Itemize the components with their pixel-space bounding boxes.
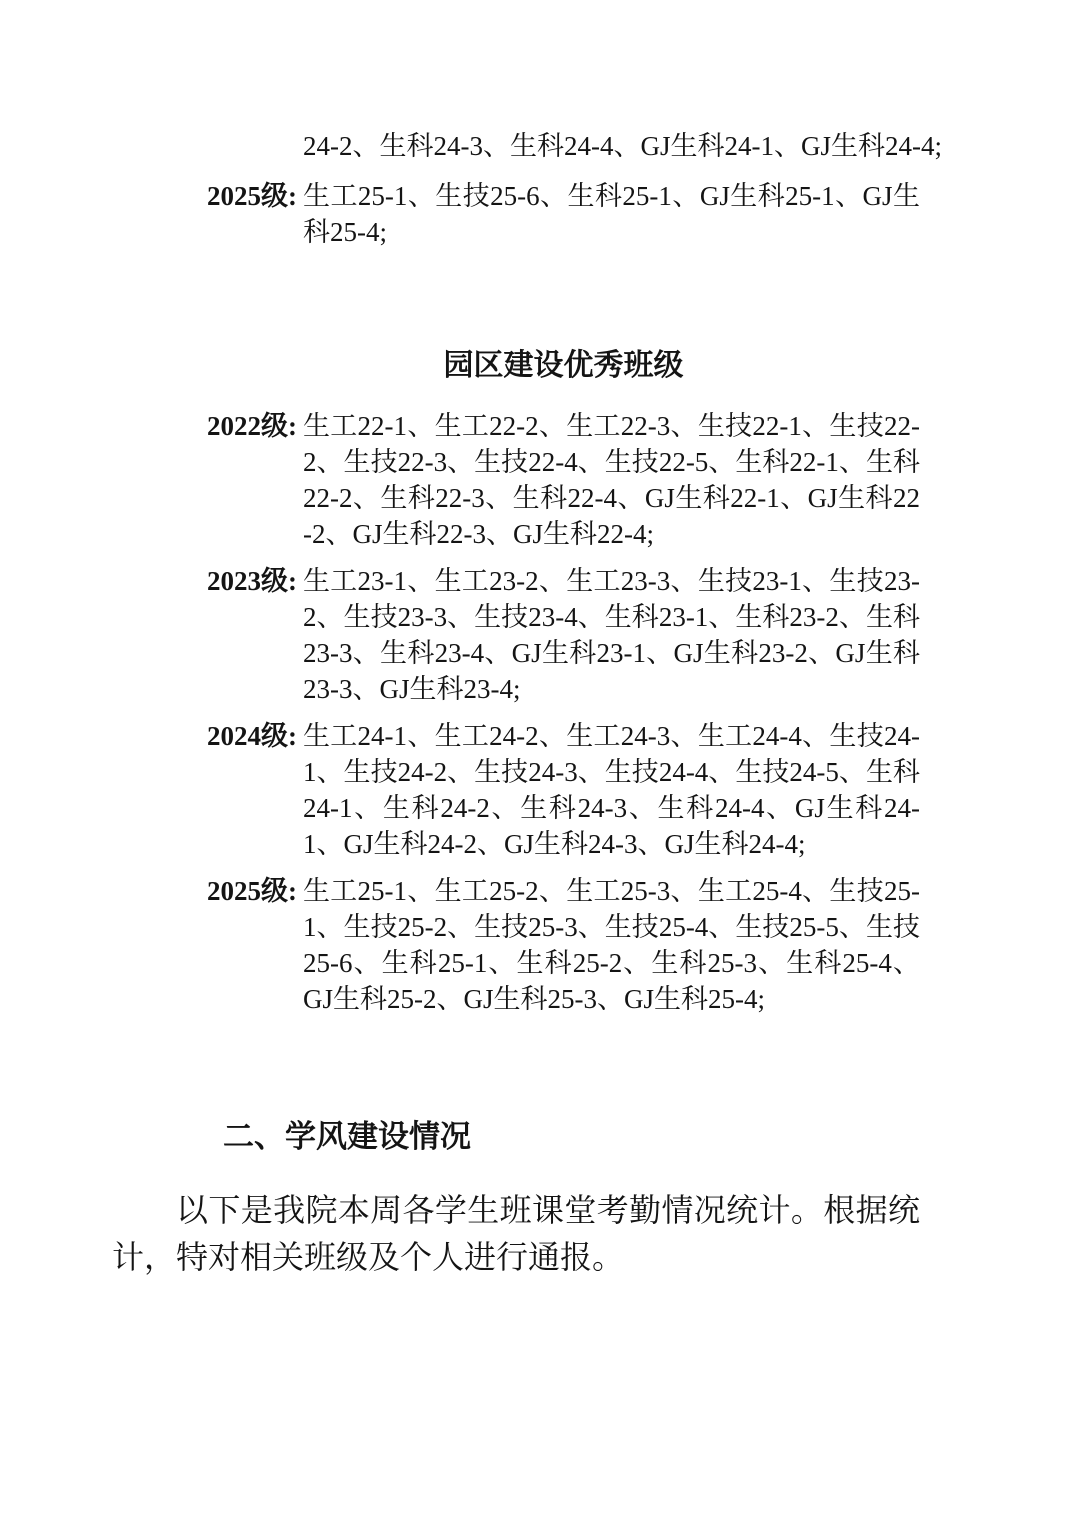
grade-classes: 生工25-1、生技25-6、生科25-1、GJ生科25-1、GJ生科25-4; — [303, 181, 920, 247]
grade-label: 2025级: — [207, 178, 297, 214]
grade-label: 2025级: — [207, 873, 297, 909]
award-section-title: 园区建设优秀班级 — [207, 346, 920, 386]
award-class-list: 2022级: 生工22-1、生工22-2、生工22-3、生技22-1、生技22-… — [207, 408, 920, 1017]
grade-item: 2022级: 生工22-1、生工22-2、生工22-3、生技22-1、生技22-… — [207, 408, 920, 552]
grade-label: 2023级: — [207, 563, 297, 599]
section-heading: 二、学风建设情况 — [223, 1115, 920, 1159]
grade-classes: 生工24-1、生工24-2、生工24-3、生工24-4、生技24-1、生技24-… — [303, 721, 920, 859]
grade-item: 2023级: 生工23-1、生工23-2、生工23-3、生技23-1、生技23-… — [207, 563, 920, 707]
class-list-tail-line: 24-2、生科24-3、生科24-4、GJ生科24-1、GJ生科24-4; — [207, 128, 920, 164]
grade-classes: 生工22-1、生工22-2、生工22-3、生技22-1、生技22-2、生技22-… — [303, 411, 920, 549]
grade-label: 2024级: — [207, 718, 297, 754]
grade-item: 2025级: 生工25-1、生工25-2、生工25-3、生工25-4、生技25-… — [207, 873, 920, 1017]
document-page: 24-2、生科24-3、生科24-4、GJ生科24-1、GJ生科24-4; 20… — [0, 0, 1074, 1520]
grade-item: 2025级: 生工25-1、生技25-6、生科25-1、GJ生科25-1、GJ生… — [207, 178, 920, 250]
grade-item: 2024级: 生工24-1、生工24-2、生工24-3、生工24-4、生技24-… — [207, 718, 920, 862]
body-paragraph: 以下是我院本周各学生班课堂考勤情况统计。根据统计，特对相关班级及个人进行通报。 — [112, 1187, 920, 1281]
grade-label: 2022级: — [207, 408, 297, 444]
grade-classes: 生工25-1、生工25-2、生工25-3、生工25-4、生技25-1、生技25-… — [303, 876, 920, 1014]
previous-class-list: 24-2、生科24-3、生科24-4、GJ生科24-1、GJ生科24-4; 20… — [207, 128, 920, 250]
grade-classes: 生工23-1、生工23-2、生工23-3、生技23-1、生技23-2、生技23-… — [303, 566, 920, 704]
document-body: 24-2、生科24-3、生科24-4、GJ生科24-1、GJ生科24-4; 20… — [112, 0, 920, 1281]
